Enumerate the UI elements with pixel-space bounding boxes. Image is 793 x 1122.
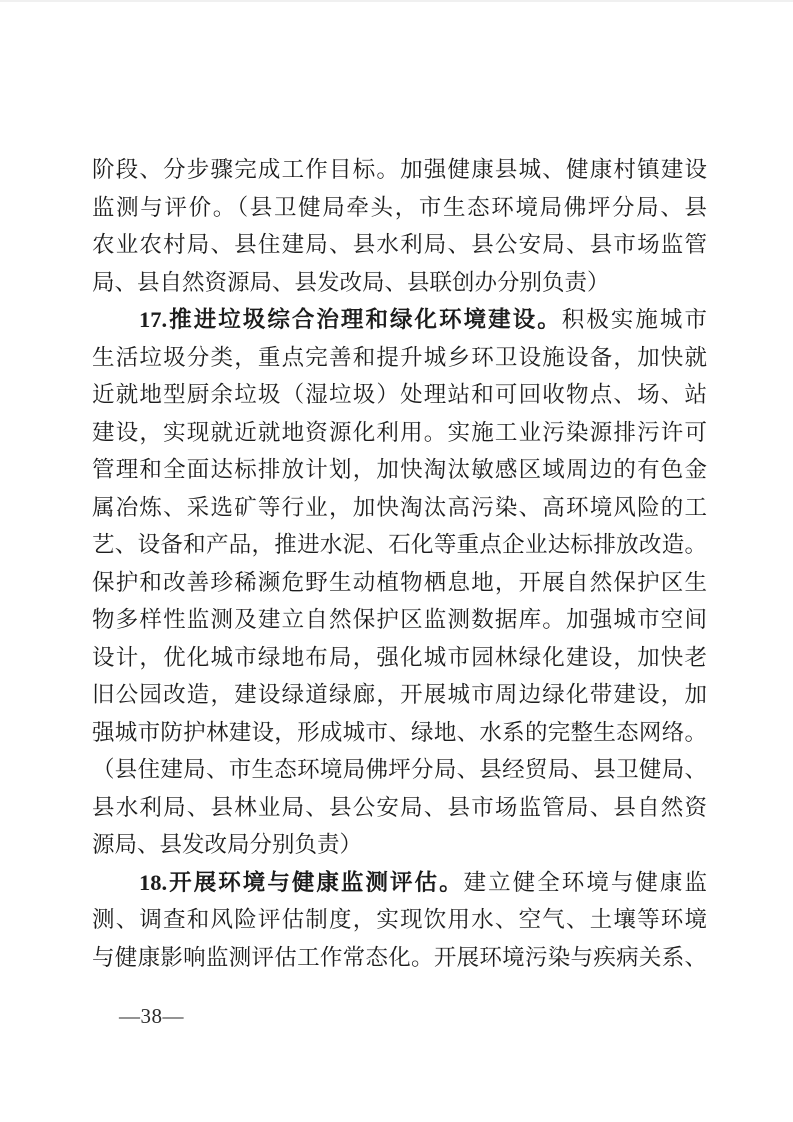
text-line: 阶段、分步骤完成工作目标。加强健康县城、健康村镇建设 bbox=[92, 151, 707, 189]
text-line: （县住建局、市生态环境局佛坪分局、县经贸局、县卫健局、 bbox=[92, 751, 707, 789]
section-heading-line: 17.推进垃圾综合治理和绿化环境建设。积极实施城市 bbox=[92, 301, 707, 339]
line-text: 源局、县发改局分别负责） bbox=[92, 832, 362, 857]
section-heading-line: 18.开展环境与健康监测评估。建立健全环境与健康监 bbox=[92, 864, 707, 902]
text-line: 旧公园改造，建设绿道绿廊，开展城市周边绿化带建设，加 bbox=[92, 676, 707, 714]
line-text: 强城市防护林建设，形成城市、绿地、水系的完整生态网络。 bbox=[92, 720, 707, 745]
text-line: 艺、设备和产品，推进水泥、石化等重点企业达标排放改造。 bbox=[92, 526, 707, 564]
line-text: 农业农村局、县住建局、县水利局、县公安局、县市场监管 bbox=[92, 232, 707, 257]
line-text: 与健康影响监测评估工作常态化。开展环境污染与疾病关系、 bbox=[92, 945, 707, 970]
text-line: 强城市防护林建设，形成城市、绿地、水系的完整生态网络。 bbox=[92, 714, 707, 752]
line-text: 属冶炼、采选矿等行业，加快淘汰高污染、高环境风险的工 bbox=[92, 495, 707, 520]
line-text: 物多样性监测及建立自然保护区监测数据库。加强城市空间 bbox=[92, 607, 707, 632]
line-text: 生活垃圾分类，重点完善和提升城乡环卫设施设备，加快就 bbox=[92, 345, 707, 370]
text-line: 源局、县发改局分别负责） bbox=[92, 826, 707, 864]
text-line: 农业农村局、县住建局、县水利局、县公安局、县市场监管 bbox=[92, 226, 707, 264]
line-text: 保护和改善珍稀濒危野生动植物栖息地，开展自然保护区生 bbox=[92, 570, 707, 595]
line-text: 测、调查和风险评估制度，实现饮用水、空气、土壤等环境 bbox=[92, 907, 707, 932]
text-line: 保护和改善珍稀濒危野生动植物栖息地，开展自然保护区生 bbox=[92, 564, 707, 602]
document-body: 阶段、分步骤完成工作目标。加强健康县城、健康村镇建设 监测与评价。（县卫健局牵头… bbox=[92, 151, 707, 976]
text-line: 建设，实现就近就地资源化利用。实施工业污染源排污许可 bbox=[92, 414, 707, 452]
line-text: 管理和全面达标排放计划，加快淘汰敏感区域周边的有色金 bbox=[92, 457, 707, 482]
page-number: —38— bbox=[119, 1001, 184, 1031]
document-page: 阶段、分步骤完成工作目标。加强健康县城、健康村镇建设 监测与评价。（县卫健局牵头… bbox=[0, 0, 793, 1122]
text-line: 生活垃圾分类，重点完善和提升城乡环卫设施设备，加快就 bbox=[92, 339, 707, 377]
line-text: 县水利局、县林业局、县公安局、县市场监管局、县自然资 bbox=[92, 795, 707, 820]
line-text: 近就地型厨余垃圾（湿垃圾）处理站和可回收物点、场、站 bbox=[92, 382, 707, 407]
text-line: 县水利局、县林业局、县公安局、县市场监管局、县自然资 bbox=[92, 789, 707, 827]
page-top-edge bbox=[0, 0, 793, 2]
section-number-and-title: 17.推进垃圾综合治理和绿化环境建设。 bbox=[139, 307, 562, 332]
line-text: 建设，实现就近就地资源化利用。实施工业污染源排污许可 bbox=[92, 420, 707, 445]
text-line: 设计，优化城市绿地布局，强化城市园林绿化建设，加快老 bbox=[92, 639, 707, 677]
text-line: 与健康影响监测评估工作常态化。开展环境污染与疾病关系、 bbox=[92, 939, 707, 977]
text-line: 管理和全面达标排放计划，加快淘汰敏感区域周边的有色金 bbox=[92, 451, 707, 489]
line-text: 建立健全环境与健康监 bbox=[464, 870, 707, 895]
line-text: 设计，优化城市绿地布局，强化城市园林绿化建设，加快老 bbox=[92, 645, 707, 670]
section-number-and-title: 18.开展环境与健康监测评估。 bbox=[139, 870, 464, 895]
text-line: 局、县自然资源局、县发改局、县联创办分别负责） bbox=[92, 264, 707, 302]
line-text: 旧公园改造，建设绿道绿廊，开展城市周边绿化带建设，加 bbox=[92, 682, 707, 707]
line-text: 监测与评价。（县卫健局牵头，市生态环境局佛坪分局、县 bbox=[92, 195, 707, 220]
text-line: 监测与评价。（县卫健局牵头，市生态环境局佛坪分局、县 bbox=[92, 189, 707, 227]
line-text: 积极实施城市 bbox=[562, 307, 707, 332]
text-line: 近就地型厨余垃圾（湿垃圾）处理站和可回收物点、场、站 bbox=[92, 376, 707, 414]
text-line: 测、调查和风险评估制度，实现饮用水、空气、土壤等环境 bbox=[92, 901, 707, 939]
line-text: 局、县自然资源局、县发改局、县联创办分别负责） bbox=[92, 270, 610, 295]
line-text: 阶段、分步骤完成工作目标。加强健康县城、健康村镇建设 bbox=[92, 157, 707, 182]
line-text: （县住建局、市生态环境局佛坪分局、县经贸局、县卫健局、 bbox=[92, 757, 707, 782]
text-line: 物多样性监测及建立自然保护区监测数据库。加强城市空间 bbox=[92, 601, 707, 639]
line-text: 艺、设备和产品，推进水泥、石化等重点企业达标排放改造。 bbox=[92, 532, 707, 557]
text-line: 属冶炼、采选矿等行业，加快淘汰高污染、高环境风险的工 bbox=[92, 489, 707, 527]
